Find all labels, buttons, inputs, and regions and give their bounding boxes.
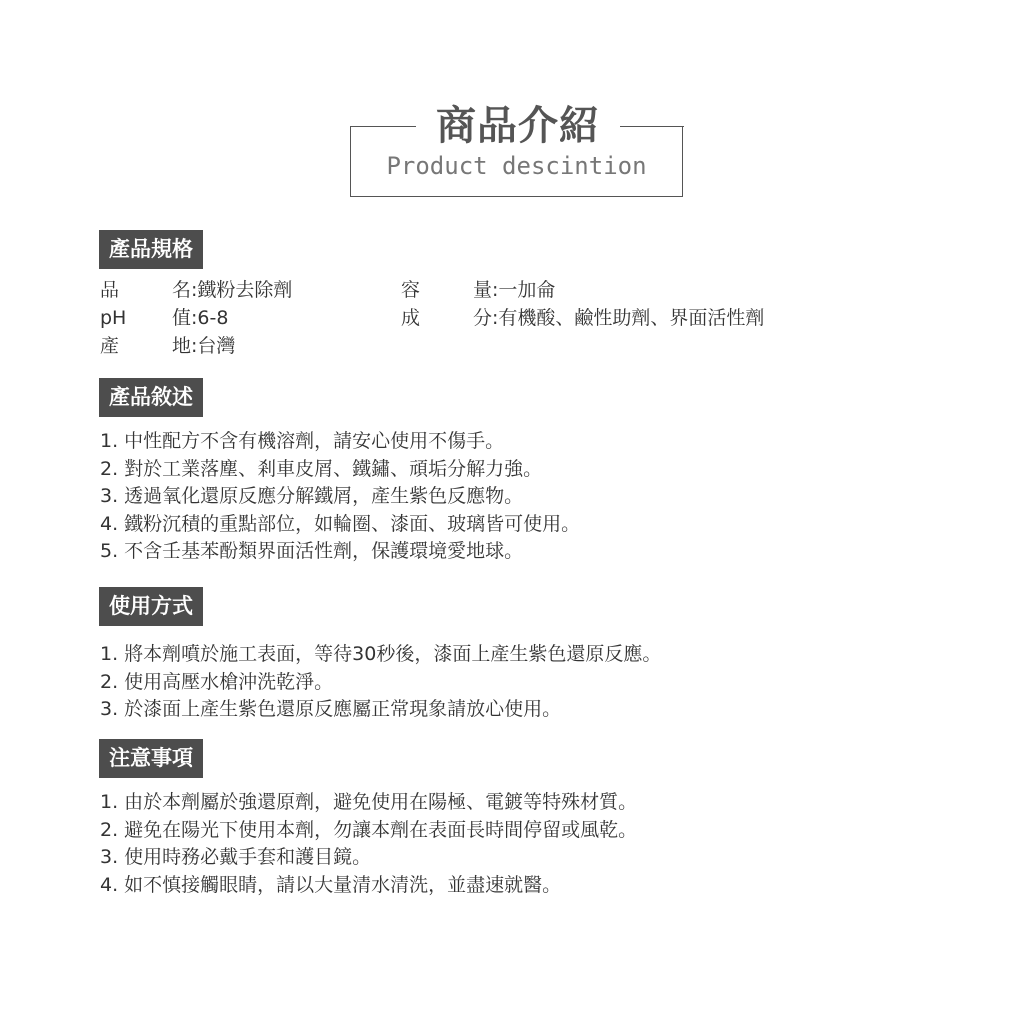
section-heading-cautions: 注意事項: [99, 739, 203, 778]
spec-label-value: 地:台灣: [172, 333, 235, 359]
list-item: 4. 鐵粉沉積的重點部位，如輪圈、漆面、玻璃皆可使用。: [100, 511, 580, 539]
spec-label: pH: [100, 305, 126, 331]
list-item: 1. 將本劑噴於施工表面，等待30秒後，漆面上產生紫色還原反應。: [100, 641, 661, 669]
list-item: 2. 使用高壓水槍沖洗乾淨。: [100, 669, 661, 697]
list-item: 3. 使用時務必戴手套和護目鏡。: [100, 844, 637, 872]
spec-label-value: 量:一加侖: [473, 277, 555, 303]
section-heading-specs: 產品規格: [99, 230, 203, 269]
list-item: 3. 透過氧化還原反應分解鐵屑，產生紫色反應物。: [100, 483, 580, 511]
section-heading-description: 產品敘述: [99, 378, 203, 417]
spec-label-value: 分:有機酸、鹼性助劑、界面活性劑: [473, 305, 764, 331]
cautions-list: 1. 由於本劑屬於強還原劑，避免使用在陽極、電鍍等特殊材質。 2. 避免在陽光下…: [100, 789, 637, 899]
description-list: 1. 中性配方不含有機溶劑，請安心使用不傷手。 2. 對於工業落塵、剎車皮屑、鐵…: [100, 428, 580, 566]
list-item: 1. 由於本劑屬於強還原劑，避免使用在陽極、電鍍等特殊材質。: [100, 789, 637, 817]
list-item: 3. 於漆面上產生紫色還原反應屬正常現象請放心使用。: [100, 696, 661, 724]
spec-label: 容: [401, 277, 420, 303]
section-heading-usage: 使用方式: [99, 587, 203, 626]
list-item: 2. 對於工業落塵、剎車皮屑、鐵鏽、頑垢分解力強。: [100, 456, 580, 484]
spec-label-value: 值:6-8: [172, 305, 228, 331]
list-item: 1. 中性配方不含有機溶劑，請安心使用不傷手。: [100, 428, 580, 456]
list-item: 5. 不含壬基苯酚類界面活性劑，保護環境愛地球。: [100, 538, 580, 566]
list-item: 4. 如不慎接觸眼睛，請以大量清水清洗，並盡速就醫。: [100, 872, 637, 900]
spec-label: 品: [100, 277, 119, 303]
usage-list: 1. 將本劑噴於施工表面，等待30秒後，漆面上產生紫色還原反應。 2. 使用高壓…: [100, 641, 661, 724]
list-item: 2. 避免在陽光下使用本劑，勿讓本劑在表面長時間停留或風乾。: [100, 817, 637, 845]
spec-label-value: 名:鐵粉去除劑: [172, 277, 292, 303]
page-subtitle: Product descintion: [350, 150, 683, 182]
spec-label: 成: [401, 305, 420, 331]
spec-label: 產: [100, 333, 119, 359]
page-title: 商品介紹: [416, 102, 620, 150]
